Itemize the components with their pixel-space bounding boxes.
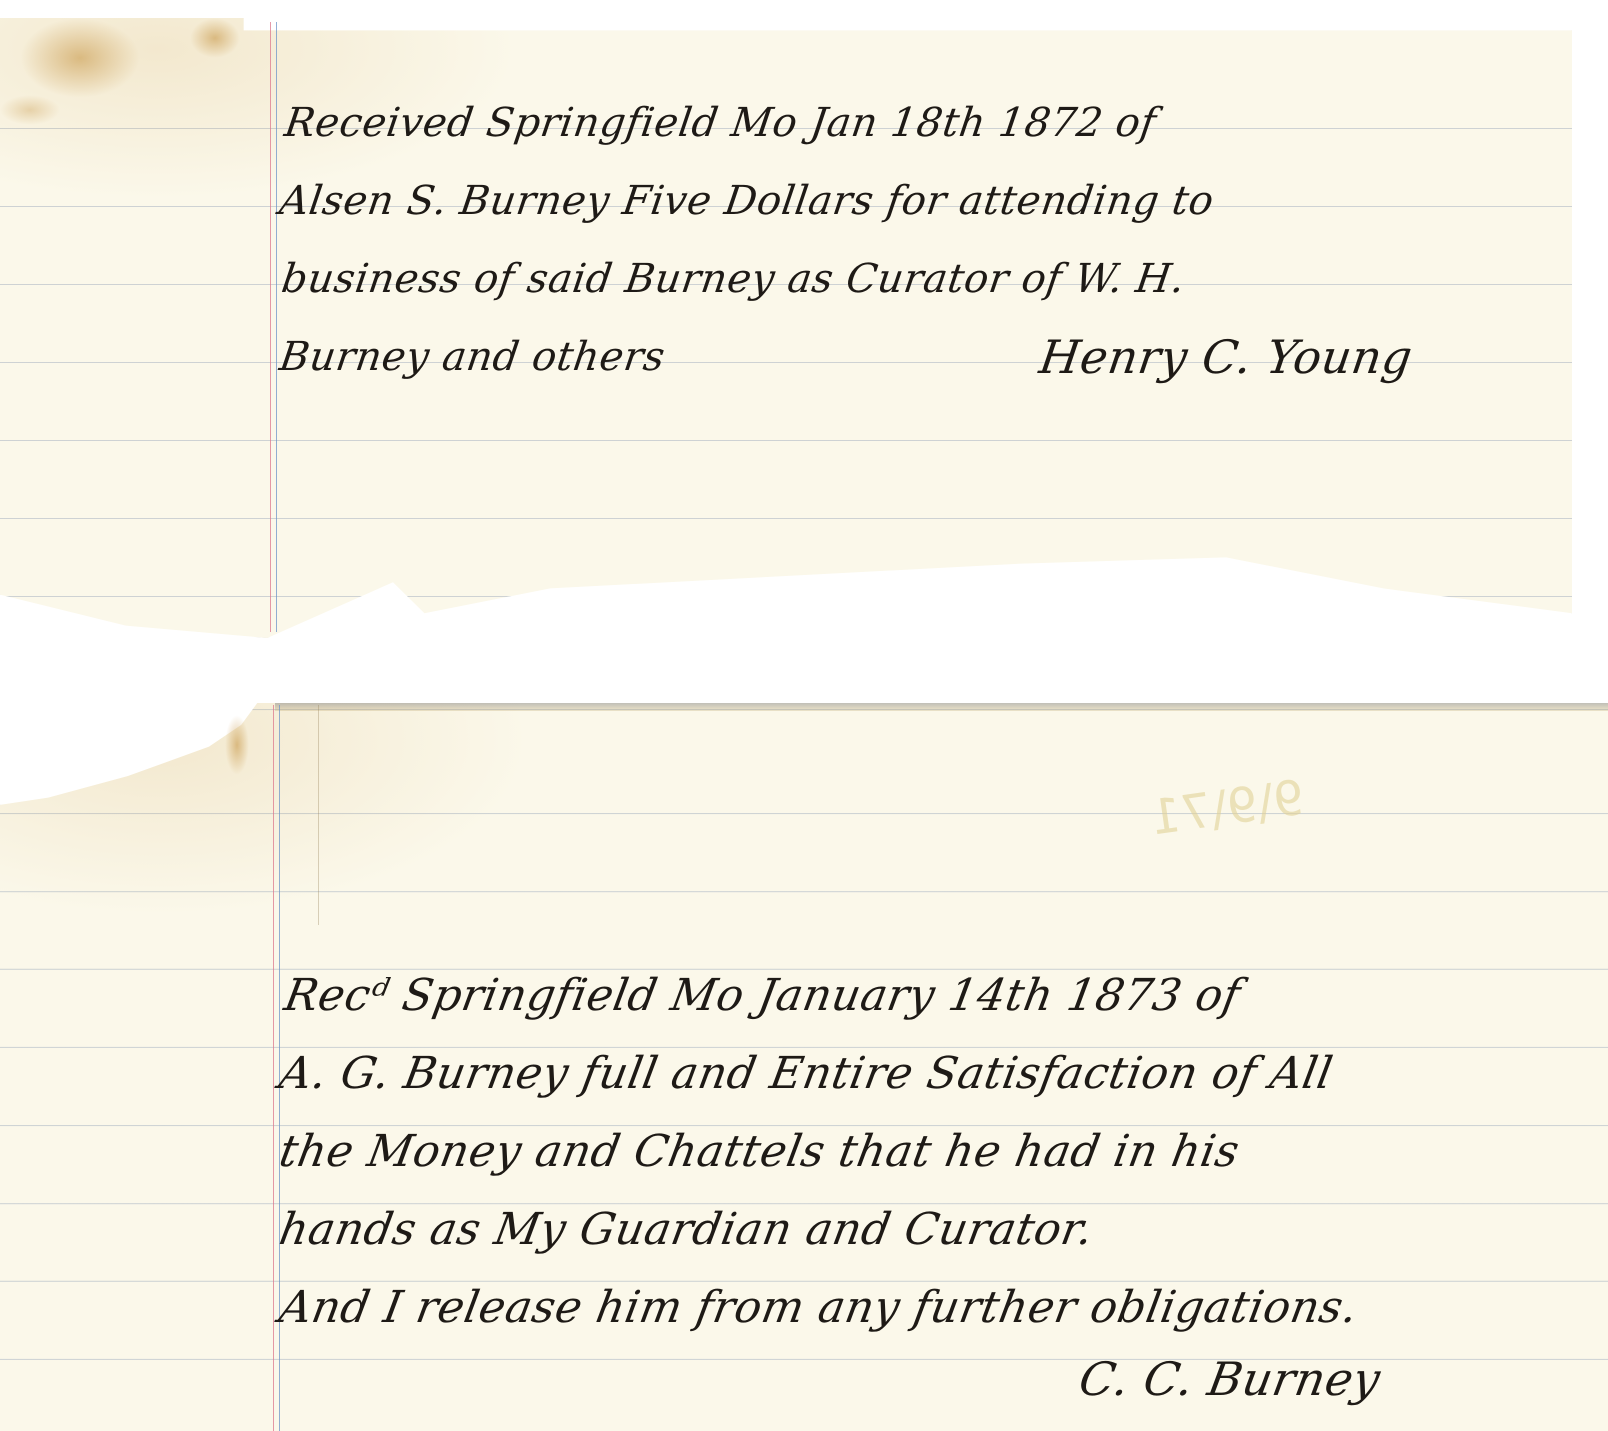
receipt-1-signature: Henry C. Young bbox=[1036, 330, 1416, 384]
receipt-2-line-3: the Money and Chattels that he had in hi… bbox=[276, 1126, 1244, 1177]
paper-fold bbox=[318, 705, 319, 925]
receipt-1-line-1: Received Springfield Mo Jan 18th 1872 of bbox=[282, 100, 1159, 146]
receipt-2-line-1: Recᵈ Springfield Mo January 14th 1873 of bbox=[281, 970, 1245, 1021]
water-stain bbox=[190, 18, 240, 58]
margin-rule-top bbox=[270, 22, 277, 632]
torn-edge bbox=[275, 703, 1608, 711]
receipt-2-line-4: hands as My Guardian and Curator. bbox=[276, 1204, 1098, 1255]
water-stain bbox=[225, 715, 249, 775]
receipt-2-line-2: A. G. Burney full and Entire Satisfactio… bbox=[276, 1048, 1337, 1099]
receipt-1-line-2: Alsen S. Burney Five Dollars for attendi… bbox=[277, 178, 1217, 224]
receipt-2-line-5: And I release him from any further oblig… bbox=[276, 1282, 1362, 1333]
receipt-2-signature: C. C. Burney bbox=[1075, 1352, 1384, 1406]
water-stain bbox=[0, 95, 60, 125]
water-stain bbox=[20, 18, 140, 98]
receipt-1-line-3: business of said Burney as Curator of W.… bbox=[279, 256, 1188, 302]
receipt-1-line-4: Burney and others bbox=[277, 334, 668, 380]
